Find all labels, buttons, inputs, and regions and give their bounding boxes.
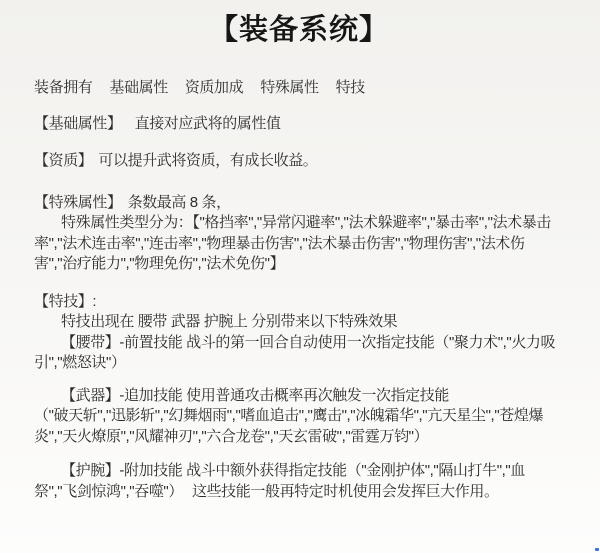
special-attr-heading: 【特殊属性】条数最高 8 条， (34, 193, 564, 214)
aptitude-text: 可以提升武将资质，有成长收益。 (98, 152, 317, 169)
page-title: 【装备系统】 (34, 12, 564, 48)
belt-desc: -前置技能 战斗的第一回合自动使用一次指定技能 (119, 334, 434, 351)
document-page: 【装备系统】 装备拥有基础属性资质加成特殊属性特技 【基础属性】直接对应武将的属… (0, 0, 600, 502)
special-attr-types: 特殊属性类型分为：【"格挡率","异常闪避率","法术躲避率","暴击率","法… (34, 213, 564, 275)
special-attr-count: 条数最高 8 条， (128, 194, 231, 211)
bracer-label: 【护腕】 (61, 462, 119, 479)
special-skill-section: 【特技】: 特技出现在 腰带 武器 护腕上 分别带来以下特殊效果 【腰带】-前置… (34, 292, 564, 374)
belt-label: 【腰带】 (61, 334, 119, 351)
base-attr-value: 直接对应武将的属性值 (135, 115, 281, 132)
topic-item-equip-own: 装备拥有 (34, 79, 92, 96)
weapon-skills: （"破天斩","迅影斩","幻舞烟雨","嗜血追击","鹰击","冰魄霜华","… (34, 407, 543, 445)
bracer-note: 这些技能一般再特定时机使用会发挥巨大作用。 (192, 483, 499, 500)
special-skill-intro: 特技出现在 腰带 武器 护腕上 分别带来以下特殊效果 (34, 312, 564, 333)
bracer-desc: -附加技能 战斗中额外获得指定技能 (119, 462, 346, 479)
aptitude-label: 【资质】 (34, 152, 92, 169)
special-skill-label: 【特技】: (34, 292, 564, 313)
base-attr-label: 【基础属性】 (34, 115, 122, 132)
weapon-label: 【武器】 (61, 387, 119, 404)
topic-item-base-attr: 基础属性 (109, 79, 167, 96)
topic-item-special-skill: 特技 (336, 79, 365, 96)
bracer-paragraph: 【护腕】-附加技能 战斗中额外获得指定技能（"金刚护体","隔山打牛","血祭"… (34, 461, 564, 502)
special-attr-label: 【特殊属性】 (34, 194, 122, 211)
topic-item-aptitude-bonus: 资质加成 (185, 79, 243, 96)
weapon-desc: -追加技能 使用普通攻击概率再次触发一次指定技能 (119, 387, 449, 404)
special-attr-section: 【特殊属性】条数最高 8 条， 特殊属性类型分为：【"格挡率","异常闪避率",… (34, 193, 564, 275)
belt-paragraph: 【腰带】-前置技能 战斗的第一回合自动使用一次指定技能（"聚力术","火力吸引"… (34, 333, 564, 374)
topic-item-special-attr: 特殊属性 (260, 79, 318, 96)
topics-row: 装备拥有基础属性资质加成特殊属性特技 (34, 78, 564, 99)
base-attr-paragraph: 【基础属性】直接对应武将的属性值 (34, 114, 564, 135)
aptitude-paragraph: 【资质】可以提升武将资质，有成长收益。 (34, 151, 564, 172)
corner-artifact-dot (595, 548, 599, 551)
weapon-paragraph: 【武器】-追加技能 使用普通攻击概率再次触发一次指定技能（"破天斩","迅影斩"… (34, 386, 564, 448)
